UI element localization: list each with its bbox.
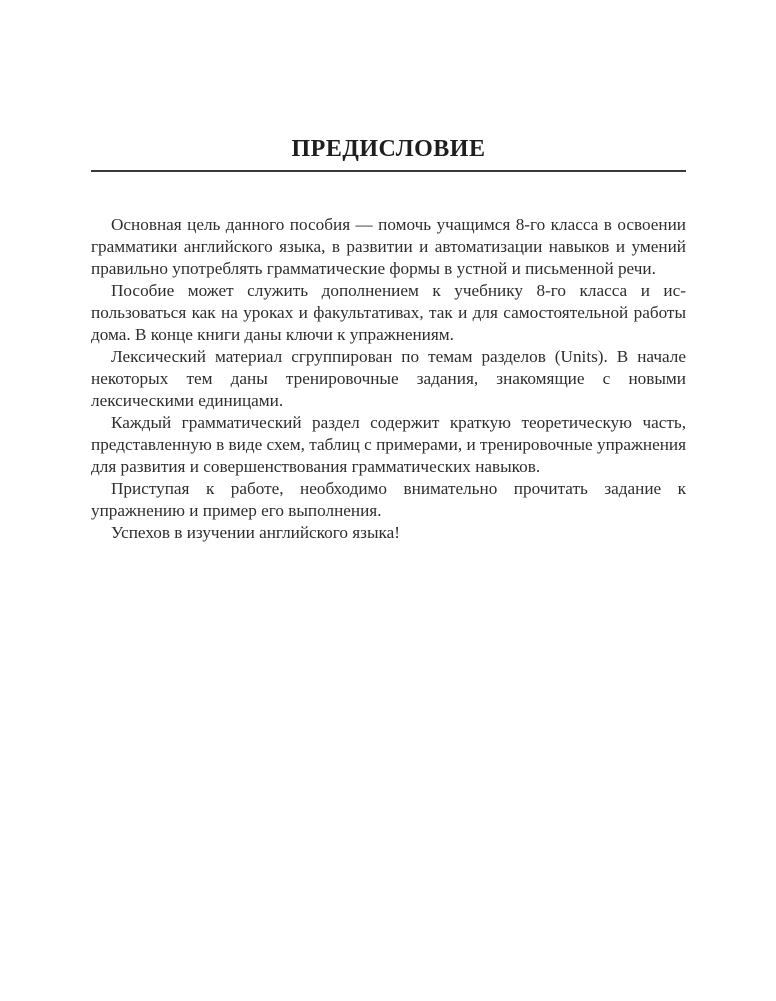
paragraph-closing: Успехов в изучении английского языка! [91,522,686,544]
preface-body: Основная цель данного пособия — помочь у… [91,214,686,544]
page-title: ПРЕДИСЛОВИЕ [91,134,686,164]
paragraph-purpose: Основная цель данного пособия — помочь у… [91,214,686,280]
paragraph-usage: Пособие может служить дополнением к учеб… [91,280,686,346]
paragraph-lexical: Лексический материал сгруппирован по тем… [91,346,686,412]
paragraph-grammar: Каждый грамматический раздел содержит кр… [91,412,686,478]
title-divider [91,170,686,172]
paragraph-instructions: Приступая к работе, необходимо вниматель… [91,478,686,522]
